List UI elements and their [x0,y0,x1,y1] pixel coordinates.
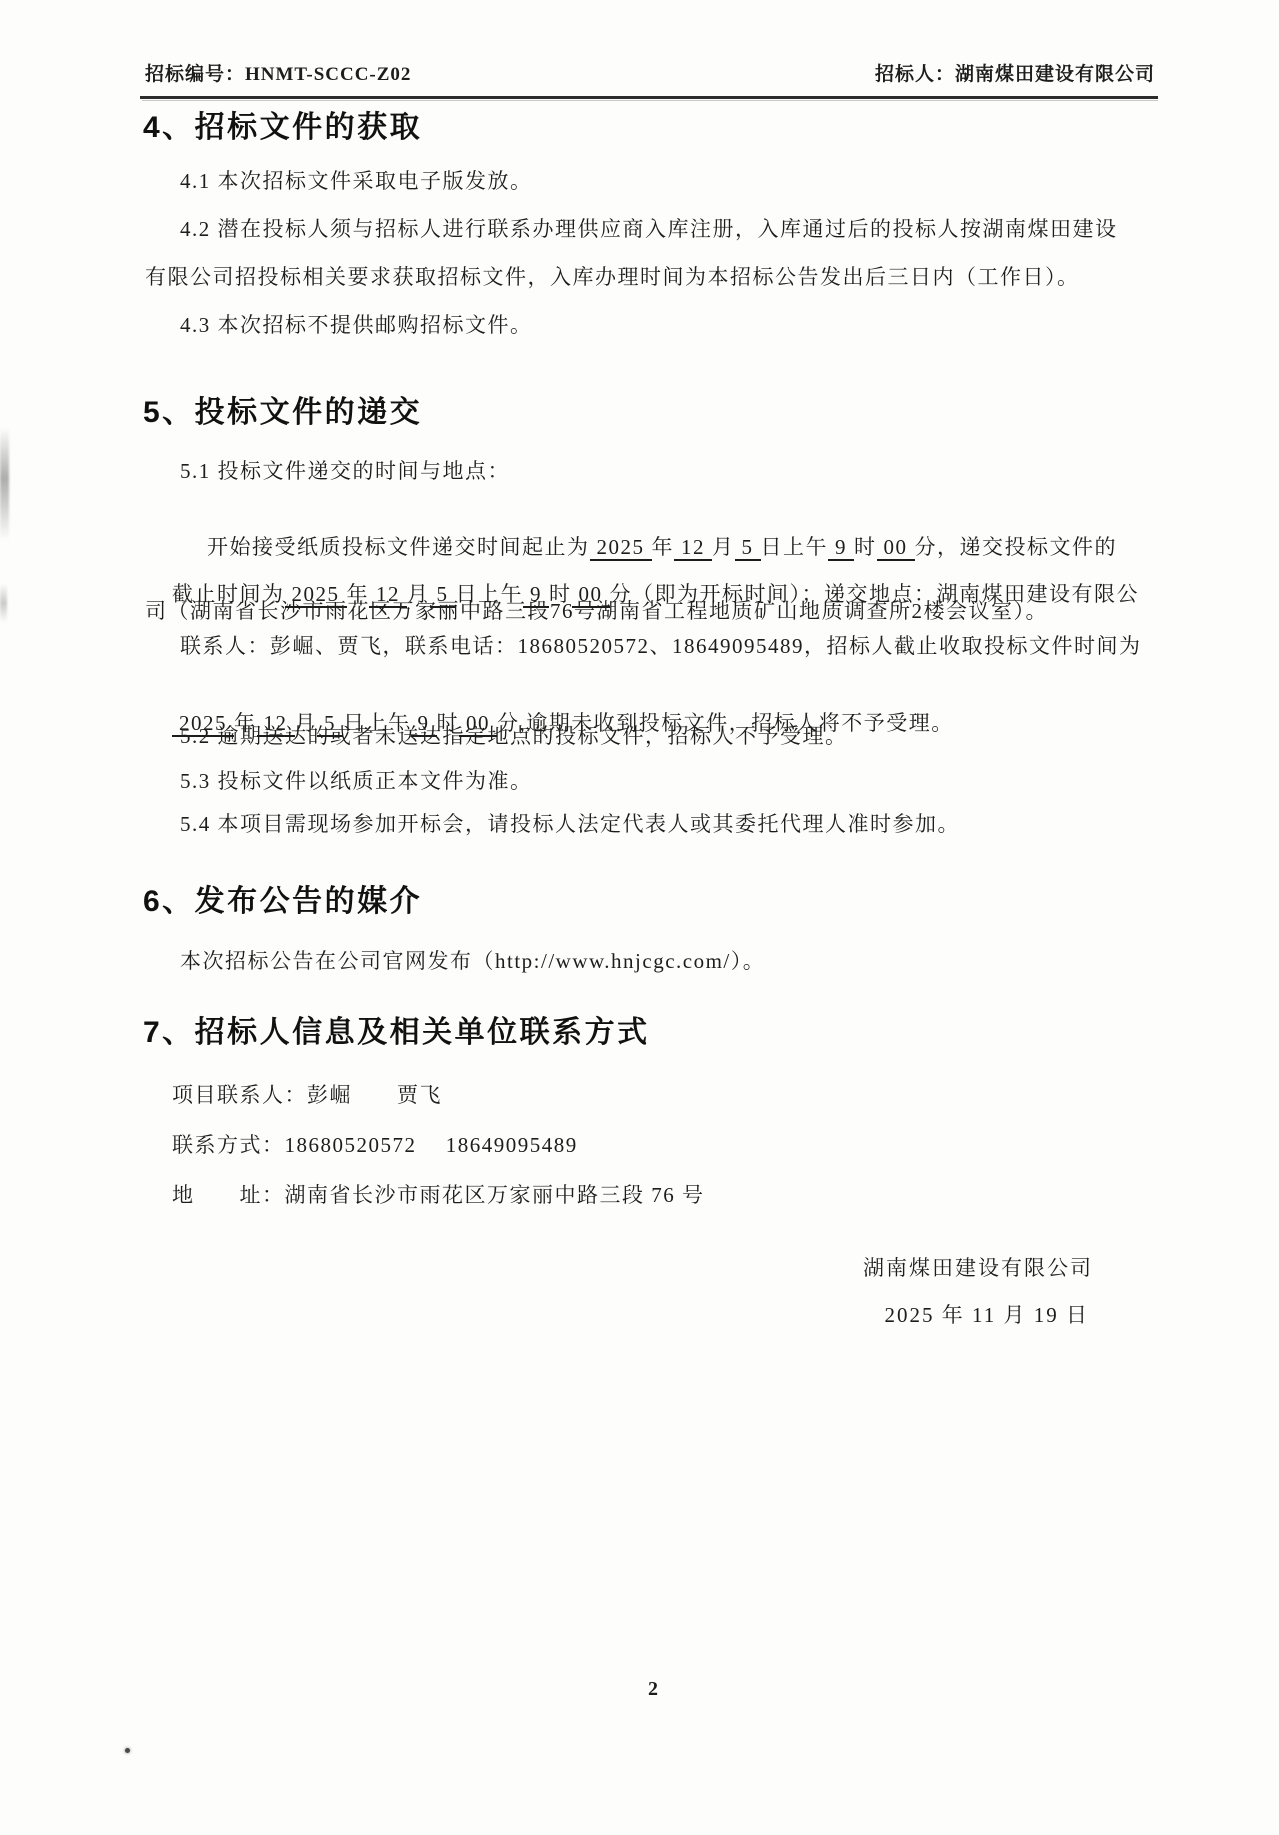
item-4-2-line-1: 4.2 潜在投标人须与招标人进行联系办理供应商入库注册，入库通过后的投标人按湖南… [180,214,1118,244]
scan-smudge-artifact [0,584,7,622]
item-5-2: 5.2 逾期送达的或者未送达指定地点的投标文件，招标人不予受理。 [180,721,848,751]
item-5-4: 5.4 本项目需现场参加开标会，请投标人法定代表人或其委托代理人准时参加。 [180,809,960,839]
document-page: 招标编号：HNMT-SCCC-Z02 招标人：湖南煤田建设有限公司 4、招标文件… [0,0,1279,1835]
header-tender-number: 招标编号：HNMT-SCCC-Z02 [145,62,411,88]
signature-date: 2025 年 11 月 19 日 [885,1300,1089,1330]
section-4-title: 4、招标文件的获取 [143,108,422,148]
contact-info-line: 联系人：彭崛、贾飞，联系电话：18680520572、18649095489，招… [180,631,1142,661]
scan-smudge-artifact [0,428,9,540]
submission-address-line: 司（湖南省长沙市雨花区万家丽中路三段76号湖南省工程地质矿山地质调查所2楼会议室… [145,596,1048,626]
item-4-2-line-2: 有限公司招投标相关要求获取招标文件，入库办理时间为本招标公告发出后三日内（工作日… [145,262,1080,292]
contact-phones-line: 联系方式：18680520572 18649095489 [172,1130,578,1160]
item-4-3: 4.3 本次招标不提供邮购招标文件。 [180,310,533,340]
header-divider [140,96,1158,99]
address-line: 地 址：湖南省长沙市雨花区万家丽中路三段 76 号 [172,1180,705,1210]
section-7-title: 7、招标人信息及相关单位联系方式 [143,1013,650,1053]
announcement-media-line: 本次招标公告在公司官网发布（http://www.hnjcgc.com/）。 [180,946,765,976]
scan-speck-artifact [125,1748,130,1753]
header-bidder-name: 招标人：湖南煤田建设有限公司 [875,62,1155,88]
project-contacts-line: 项目联系人：彭崛 贾飞 [172,1080,442,1110]
item-4-1: 4.1 本次招标文件采取电子版发放。 [180,166,533,196]
section-6-title: 6、发布公告的媒介 [143,882,422,922]
page-number: 2 [648,1678,658,1701]
section-5-title: 5、投标文件的递交 [143,393,422,433]
item-5-1: 5.1 投标文件递交的时间与地点： [180,456,510,486]
item-5-3: 5.3 投标文件以纸质正本文件为准。 [180,766,533,796]
signature-company: 湖南煤田建设有限公司 [863,1253,1093,1283]
